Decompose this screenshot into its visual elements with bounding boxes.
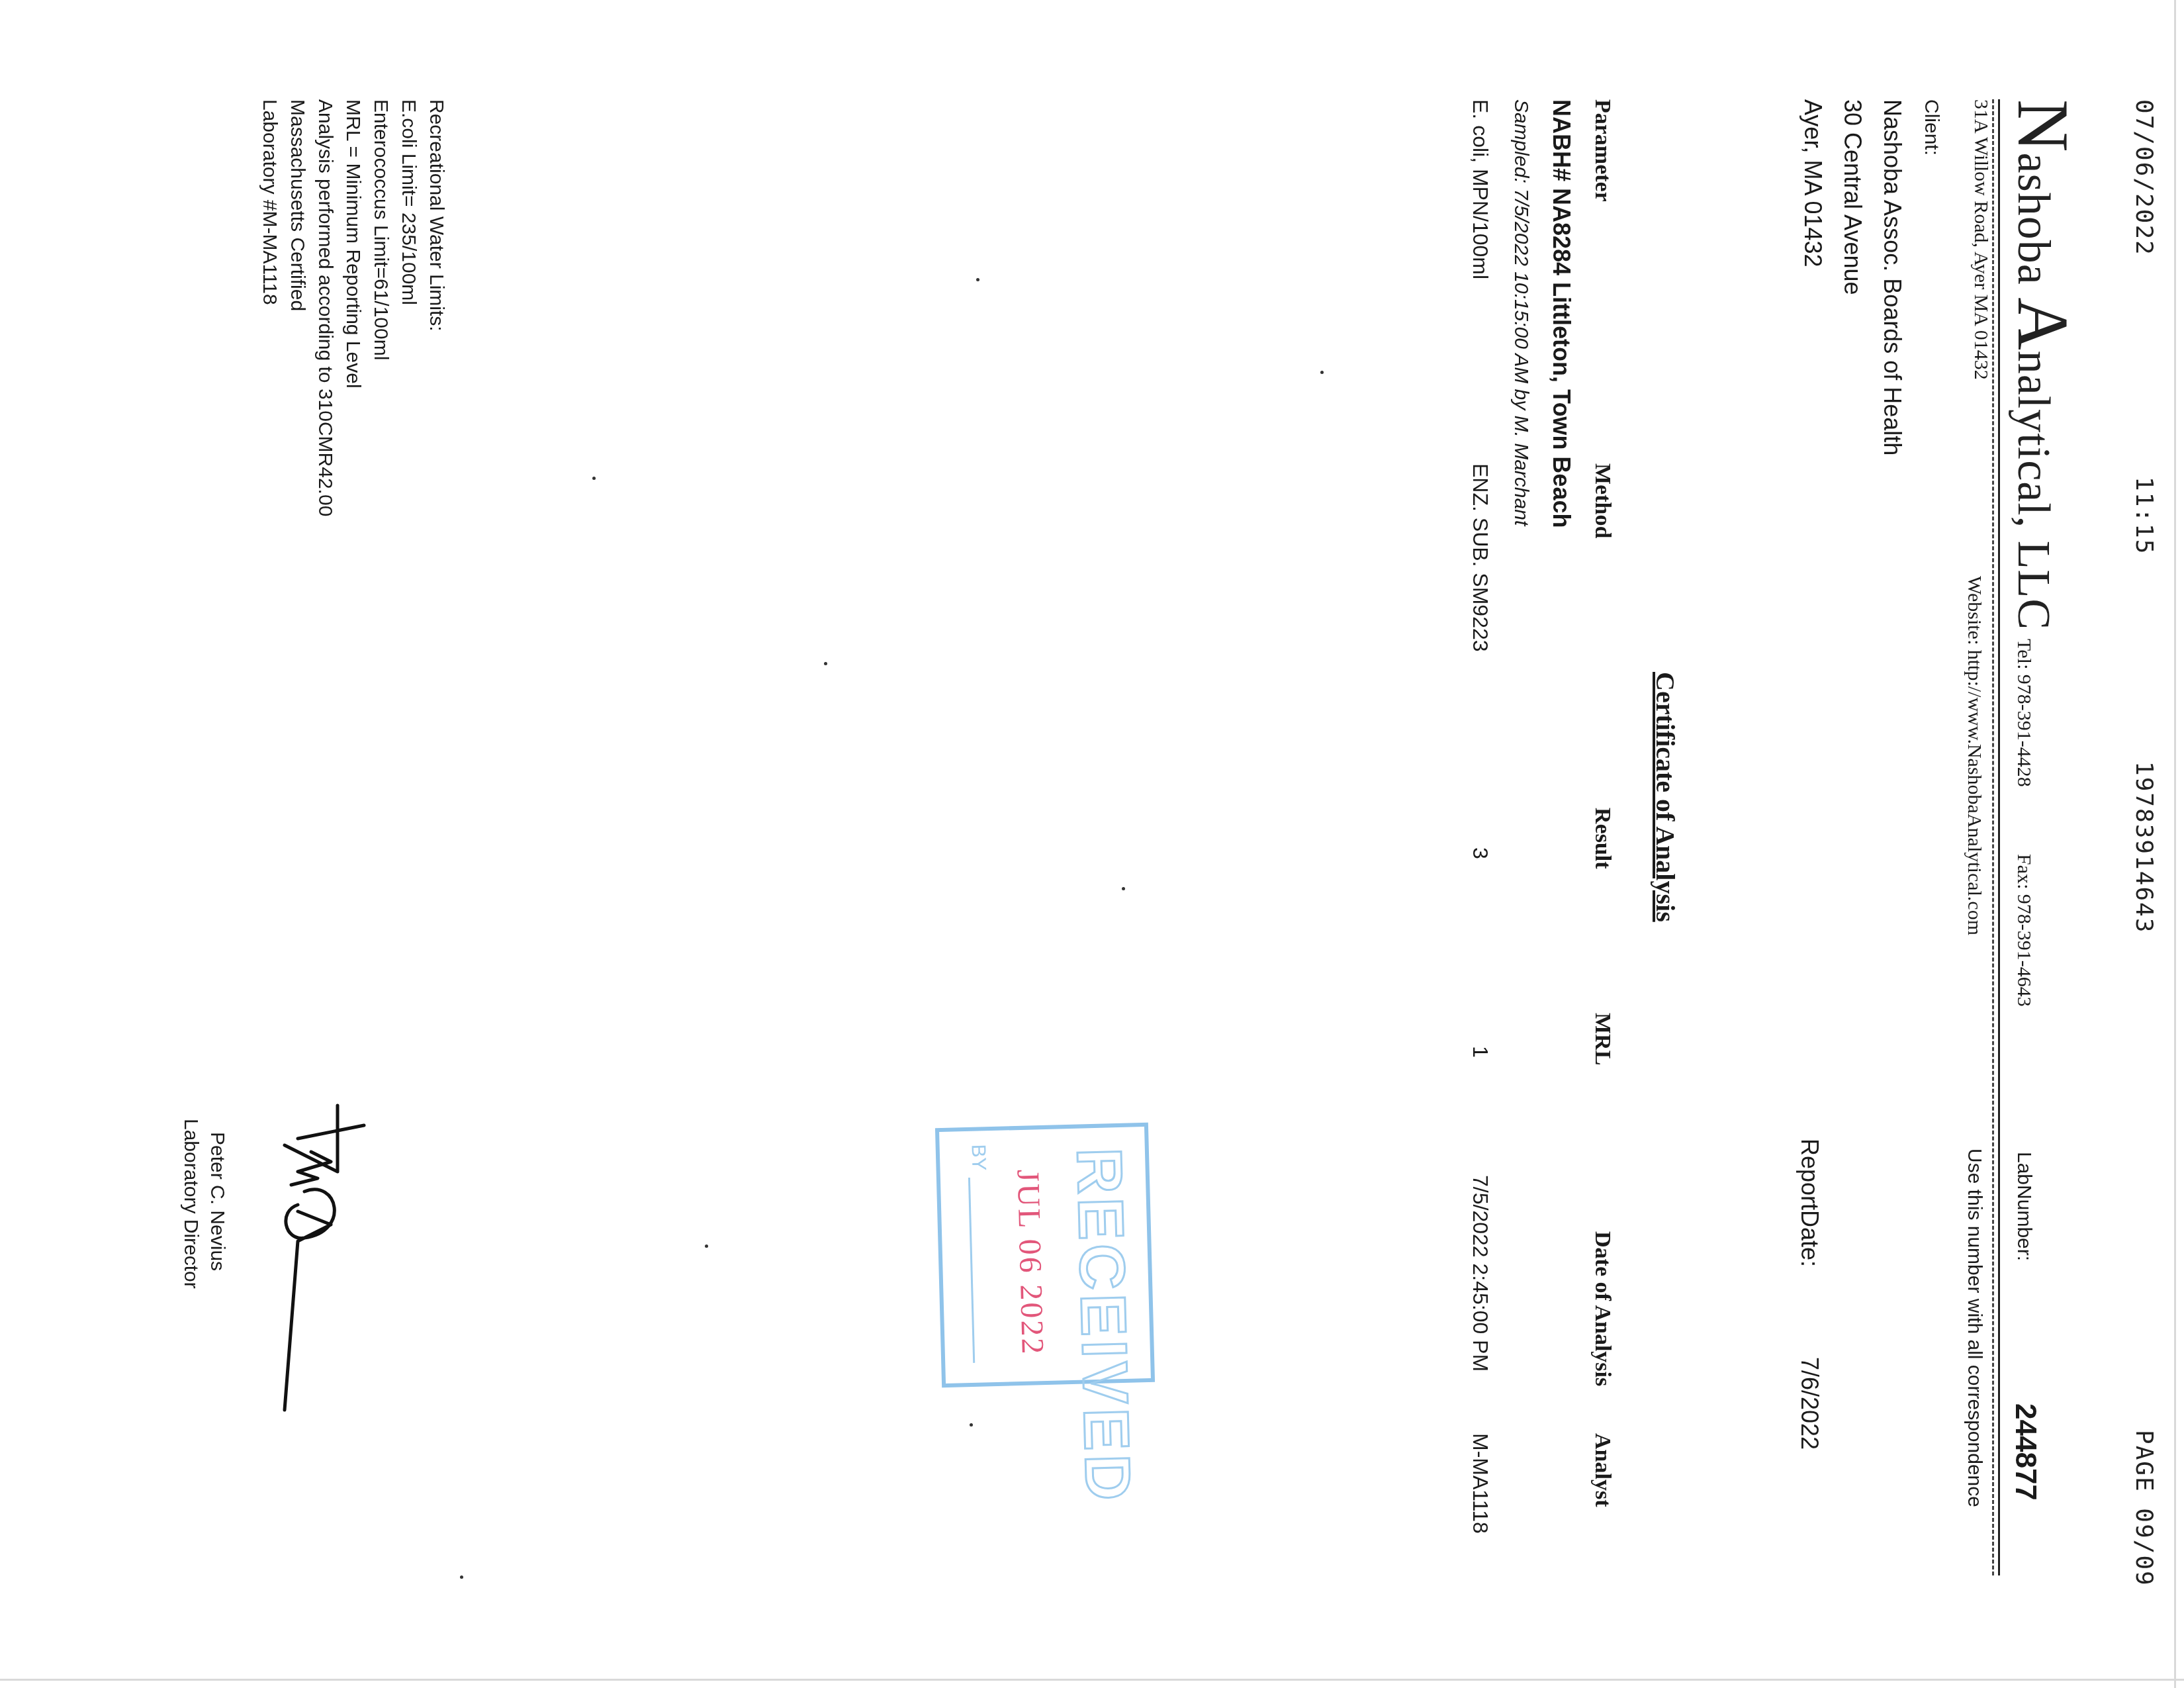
fax-page-number: PAGE 09/09 (2130, 1430, 2158, 1587)
lab-number-note: Use this number with all correspondence (1963, 1149, 1985, 1507)
column-header-date-of-analysis: Date of Analysis (1590, 1231, 1615, 1386)
client-street: 30 Central Avenue (1839, 99, 1866, 295)
signer-title: Laboratory Director (179, 1119, 202, 1289)
sampled-info: Sampled: 7/5/2022 10:15:00 AM by M. Marc… (1510, 99, 1532, 526)
scan-speck (976, 278, 979, 281)
note-line: Laboratory #M-MA1118 (255, 99, 283, 516)
note-line: Massachusetts Certified (283, 99, 311, 516)
lab-number: 244877 (2009, 1403, 2042, 1501)
stamp-received-text: RECEIVED (1062, 1147, 1144, 1505)
scan-speck (1320, 371, 1324, 374)
cell-date-of-analysis: 7/5/2022 2:45:00 PM (1468, 1175, 1492, 1372)
note-line: E.coli Limit= 235/100ml (394, 99, 422, 516)
company-fax: Fax: 978-391-4643 (2013, 854, 2035, 1007)
note-line: MRL = Minimum Reporting Level (339, 99, 367, 516)
scan-speck (970, 1423, 973, 1427)
scan-speck (460, 1575, 463, 1579)
received-stamp: RECEIVED JUL 06 2022 BY (935, 1123, 1155, 1387)
column-header-result: Result (1590, 808, 1615, 869)
note-line: Analysis performed according to 310CMR42… (311, 99, 339, 516)
sample-id: NABH# NA8284 Littleton, Town Beach (1547, 99, 1575, 528)
column-header-parameter: Parameter (1590, 99, 1615, 202)
letterhead-dashed-rule (1992, 99, 1994, 1575)
client-name: Nashoba Assoc. Boards of Health (1878, 99, 1906, 455)
stamp-signature-line (968, 1178, 975, 1363)
fax-time: 11:15 (2130, 477, 2158, 555)
certificate-title: Certificate of Analysis (1650, 672, 1681, 922)
cell-analyst: M-MA1118 (1468, 1433, 1492, 1534)
report-date-label: ReportDate: (1796, 1139, 1823, 1267)
scan-edge-right (2174, 0, 2176, 1688)
stamp-by-label: BY (967, 1144, 990, 1171)
cell-mrl: 1 (1468, 1046, 1492, 1058)
scan-speck (705, 1244, 708, 1248)
cell-method: ENZ. SUB. SM9223 (1468, 463, 1492, 652)
letterhead-rule (1998, 99, 2000, 1575)
column-header-mrl: MRL (1590, 1013, 1615, 1065)
company-address: 31A Willow Road, Ayer MA 01432 (1970, 99, 1992, 380)
signer-name: Peter C. Nevius (206, 1132, 228, 1271)
fax-date: 07/06/2022 (2130, 99, 2158, 256)
scan-speck (1122, 887, 1125, 890)
note-line: Recreational Water Limits: (422, 99, 450, 516)
report-date: 7/6/2022 (1796, 1357, 1823, 1450)
company-website: Website: http://www.NashobaAnalytical.co… (1963, 576, 1985, 935)
note-line: Enterococcus Limit=61/100ml (367, 99, 394, 516)
client-label: Client: (1920, 99, 1942, 156)
client-city: Ayer, MA 01432 (1799, 99, 1827, 267)
cell-parameter: E. coli, MPN/100ml (1468, 99, 1492, 279)
fax-number: 19783914643 (2130, 761, 2158, 933)
signature-scribble (238, 1099, 377, 1443)
certificate-page: 07/06/2022 11:15 19783914643 PAGE 09/09 … (0, 0, 2184, 1688)
company-logo: Nashoba Analytical, LLC (2001, 99, 2085, 630)
stamp-date: JUL 06 2022 (1010, 1169, 1051, 1356)
footnotes: Recreational Water Limits: E.coli Limit=… (255, 99, 450, 516)
cell-result: 3 (1468, 847, 1492, 859)
lab-number-label: LabNumber: (2013, 1152, 2035, 1261)
scan-speck (824, 662, 827, 665)
company-tel: Tel: 978-391-4428 (2013, 639, 2035, 787)
column-header-analyst: Analyst (1590, 1433, 1615, 1507)
column-header-method: Method (1590, 463, 1615, 538)
scan-edge-bottom (0, 1679, 2184, 1681)
scan-speck (592, 477, 596, 480)
